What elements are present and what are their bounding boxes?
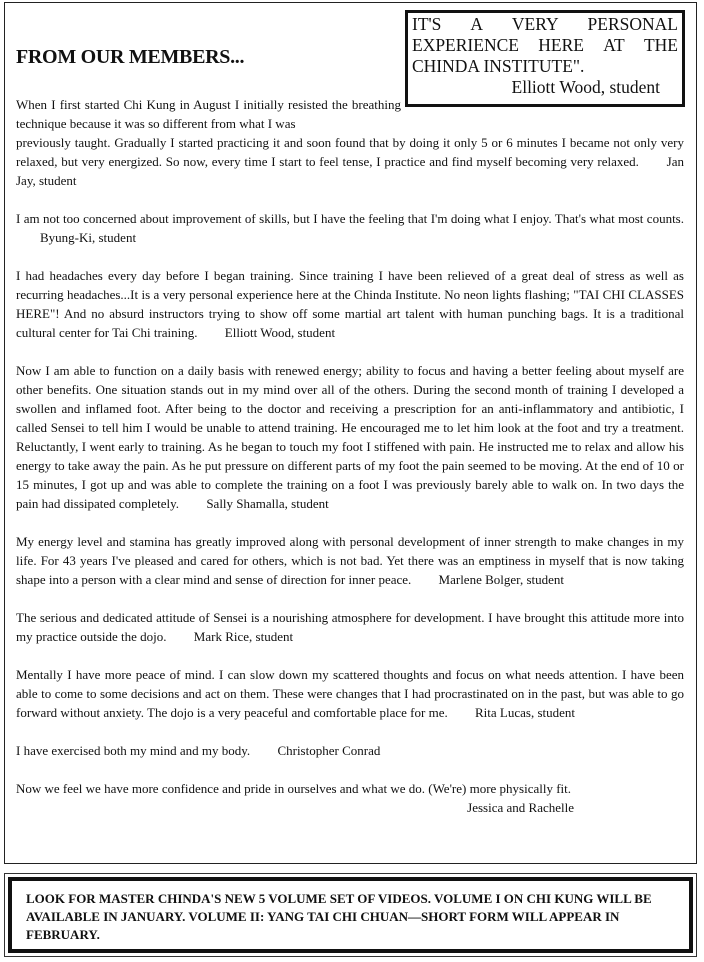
pull-quote-word: IT'S xyxy=(412,14,441,35)
testimonial: My energy level and stamina has greatly … xyxy=(16,532,684,589)
testimonial: Now we feel we have more confidence and … xyxy=(16,779,684,817)
testimonials-body: When I first started Chi Kung in August … xyxy=(16,95,684,817)
testimonial: I am not too concerned about improvement… xyxy=(16,209,684,247)
pull-quote-word: VERY xyxy=(512,14,559,35)
testimonial-text: I have exercised both my mind and my bod… xyxy=(16,743,250,758)
testimonial-author: Sally Shamalla, student xyxy=(206,496,328,511)
pull-quote-word: HERE xyxy=(538,35,584,56)
testimonial-text: Now we feel we have more confidence and … xyxy=(16,781,571,796)
testimonial-text: I had headaches every day before I began… xyxy=(16,268,684,340)
testimonial-author: Jessica and Rachelle xyxy=(16,798,684,817)
pull-quote-word: EXPERIENCE xyxy=(412,35,519,56)
testimonial-text: The serious and dedicated attitude of Se… xyxy=(16,610,684,644)
testimonial-text-narrow: When I first started Chi Kung in August … xyxy=(16,95,401,133)
pull-quote-line-1: IT'S A VERY PERSONAL xyxy=(412,14,678,35)
testimonial: Mentally I have more peace of mind. I ca… xyxy=(16,665,684,722)
video-announcement-text: LOOK FOR MASTER CHINDA'S NEW 5 VOLUME SE… xyxy=(8,877,693,953)
video-announcement-box: LOOK FOR MASTER CHINDA'S NEW 5 VOLUME SE… xyxy=(4,873,697,957)
testimonial-text: previously taught. Gradually I started p… xyxy=(16,135,684,169)
pull-quote-word: AT xyxy=(603,35,624,56)
testimonial: Now I am able to function on a daily bas… xyxy=(16,361,684,513)
pull-quote-line-3: CHINDA INSTITUTE". xyxy=(412,56,678,77)
page-heading: FROM OUR MEMBERS... xyxy=(16,46,244,69)
testimonial-text: My energy level and stamina has greatly … xyxy=(16,534,684,587)
testimonial-author: Marlene Bolger, student xyxy=(439,572,564,587)
testimonial: I had headaches every day before I began… xyxy=(16,266,684,342)
pull-quote-line-2: EXPERIENCE HERE AT THE xyxy=(412,35,678,56)
pull-quote-word: PERSONAL xyxy=(588,14,678,35)
testimonial-author: Byung-Ki, student xyxy=(40,230,136,245)
testimonial-author: Elliott Wood, student xyxy=(225,325,335,340)
testimonial: The serious and dedicated attitude of Se… xyxy=(16,608,684,646)
pull-quote-word: A xyxy=(470,14,483,35)
pull-quote-box: IT'S A VERY PERSONAL EXPERIENCE HERE AT … xyxy=(405,10,685,107)
pull-quote-word: THE xyxy=(644,35,678,56)
testimonial-text: I am not too concerned about improvement… xyxy=(16,211,684,226)
testimonial-author: Mark Rice, student xyxy=(194,629,293,644)
testimonial-author: Christopher Conrad xyxy=(277,743,380,758)
testimonial-text: Mentally I have more peace of mind. I ca… xyxy=(16,667,684,720)
testimonial-text: Now I am able to function on a daily bas… xyxy=(16,363,684,511)
testimonial-author: Rita Lucas, student xyxy=(475,705,575,720)
testimonial: I have exercised both my mind and my bod… xyxy=(16,741,684,760)
testimonial: When I first started Chi Kung in August … xyxy=(16,95,684,190)
